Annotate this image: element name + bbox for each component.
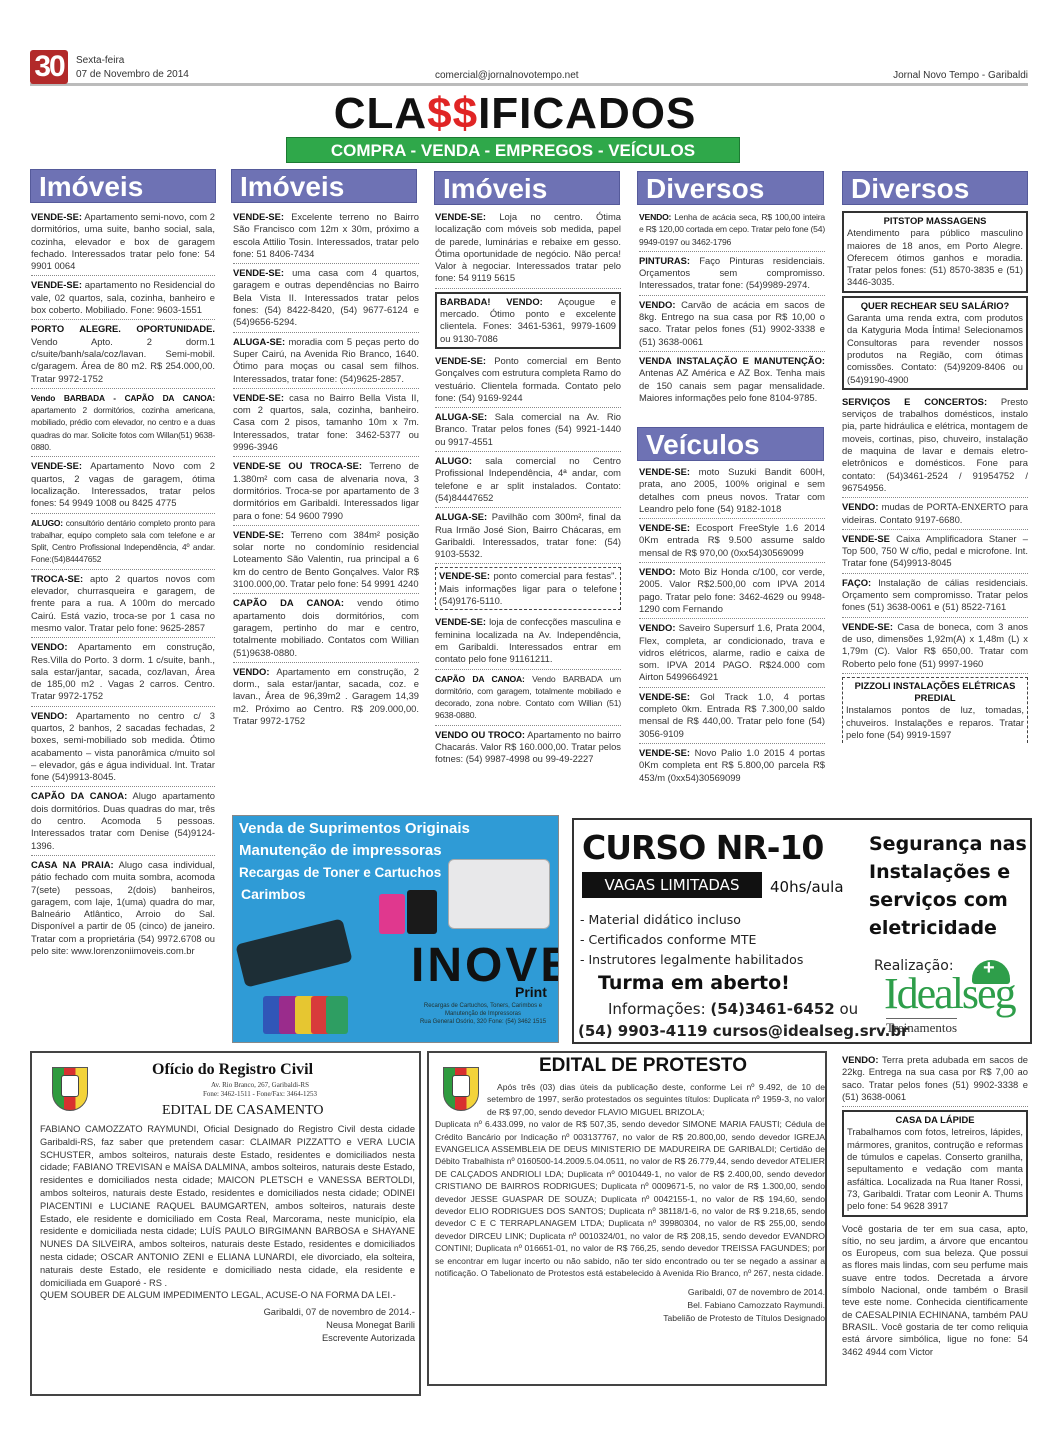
classified-ad: VENDO: Saveiro Supersurf 1.6, Prata 2004…	[639, 619, 825, 687]
inove-logo-sub: Print	[515, 984, 547, 1000]
classified-ad: ALUGO: consultório dentário completo pro…	[31, 514, 215, 570]
boxed-classified-ad: CASA DA LÁPIDETrabalhamos com fotos, let…	[842, 1110, 1028, 1216]
ad-headline: Segurança nas Instalações e serviços com…	[869, 830, 1029, 942]
vehicles-column: VENDE-SE: moto Suzuki Bandit 600H, prata…	[639, 463, 825, 787]
stamps-image	[263, 986, 348, 1034]
boxed-classified-ad: BARBADA! VENDO: Açougue e mercado. Ótimo…	[435, 292, 621, 349]
boxed-classified-ad: QUER RECHEAR SEU SALÁRIO?Garanta uma ren…	[842, 296, 1028, 390]
classified-ad: VENDE-SE: Ponto comercial em Bento Gonça…	[435, 352, 621, 408]
classifieds-column-2: VENDE-SE: Excelente terreno no Bairro Sã…	[233, 208, 419, 730]
classified-ad: ALUGA-SE: Sala comercial na Av. Rio Bran…	[435, 408, 621, 452]
notice-title: EDITAL DE PROTESTO	[539, 1055, 747, 1077]
classifieds-column-5: PITSTOP MASSAGENSAtendimento para públic…	[842, 208, 1028, 746]
classified-ad: VENDE-SE: moto Suzuki Bandit 600H, prata…	[639, 463, 825, 519]
classified-ad: VENDO: Terra preta adubada em sacos de 2…	[842, 1051, 1028, 1107]
limited-seats-badge: VAGAS LIMITADAS	[582, 872, 762, 898]
section-heading-imoveis: Imóveis	[434, 171, 620, 205]
printer-image	[448, 859, 550, 929]
page-title: CLA$$IFICADOS	[285, 88, 745, 140]
notice-body: FABIANO CAMOZZATO RAYMUNDI, Oficial Desi…	[40, 1123, 415, 1345]
classified-ad: VENDE-SE: Gol Track 1.0, 4 portas comple…	[639, 688, 825, 744]
dashed-classified-ad: PIZZOLI INSTALAÇÕES ELÉTRICAS PREDIALIns…	[842, 677, 1028, 743]
contact-email[interactable]: comercial@jornalnovotempo.net	[435, 70, 579, 81]
classified-ad: VENDE-SE: loja de confecções masculina e…	[435, 613, 621, 669]
notice-title: EDITAL DE CASAMENTO	[162, 1103, 323, 1119]
signature-block: Garibaldi, 07 de novembro de 2014. Bel. …	[435, 1286, 825, 1325]
classified-ad: VENDO: Apartamento no centro c/ 3 quarto…	[31, 707, 215, 788]
page-number: 30	[30, 50, 68, 84]
classified-ad: SERVIÇOS E CONCERTOS: Presto serviços de…	[842, 393, 1028, 498]
inove-print-advertisement: Venda de Suprimentos Originais Manutençã…	[232, 815, 559, 1043]
page-header: 30 Sexta-feira 07 de Novembro de 2014 co…	[30, 50, 1028, 86]
classified-ad: VENDE-SE Caixa Amplificadora Staner – To…	[842, 530, 1028, 574]
classified-ad: FAÇO: Instalação de cálias residenciais.…	[842, 574, 1028, 618]
section-heading-imoveis: Imóveis	[231, 169, 417, 203]
classifieds-column-4: VENDO: Lenha de acácia seca, R$ 100,00 i…	[639, 208, 825, 407]
notice-body: Após três (03) dias úteis da publicação …	[435, 1081, 825, 1325]
classified-ad: VENDE-SE: Casa de boneca, com 3 anos de …	[842, 618, 1028, 674]
toner-cartridge-image	[235, 918, 352, 987]
classified-ad: VENDO: mudas de PORTA-ENXERTO para videi…	[842, 498, 1028, 530]
boxed-classified-ad: PITSTOP MASSAGENSAtendimento para públic…	[842, 211, 1028, 293]
classified-ad: Vendo BARBADA - CAPÃO DA CANOA: apartame…	[31, 389, 215, 457]
dashed-classified-ad: VENDE-SE: ponto comercial para festas". …	[435, 567, 621, 610]
classified-ad: VENDE-SE: apartamento no Residencial do …	[31, 276, 215, 320]
classified-ad: VENDO: Moto Biz Honda c/100, cor verde, …	[639, 563, 825, 619]
classified-ad: VENDE-SE: Excelente terreno no Bairro Sã…	[233, 208, 419, 264]
classified-ad: VENDO OU TROCO: Apartamento no bairro Ch…	[435, 726, 621, 769]
ink-cartridge-image	[379, 894, 405, 934]
classified-ad: VENDE-SE: Apartamento Novo com 2 quartos…	[31, 457, 215, 513]
classified-ad: VENDO: Carvão de acácia em sacos de 8kg.…	[639, 296, 825, 352]
classified-ad: VENDE-SE: Loja no centro. Ótima localiza…	[435, 208, 621, 289]
idealseg-logo: Idealseg	[884, 970, 1015, 1018]
classified-ad: VENDE-SE OU TROCA-SE: Terreno de 1.380m²…	[233, 457, 419, 525]
classified-ad: VENDE-SE: Novo Palio 1.0 2015 4 portas 0…	[639, 744, 825, 787]
page-subtitle: COMPRA - VENDA - EMPREGOS - VEÍCULOS	[286, 137, 740, 163]
section-heading-diversos: Diversos	[637, 171, 824, 205]
classified-ad: VENDE-SE: uma casa com 4 quartos, garage…	[233, 264, 419, 332]
classified-ad: VENDE-SE: Ecosport FreeStyle 1.6 2014 0K…	[639, 519, 825, 563]
classified-ad: ALUGA-SE: Pavilhão com 300m², final da R…	[435, 508, 621, 564]
section-heading-imoveis: Imóveis	[30, 169, 216, 203]
signature-block: Garibaldi, 07 de novembro de 2014.- Neus…	[40, 1306, 415, 1345]
classified-ad: CAPÃO DA CANOA: vendo ótimo apartamento …	[233, 594, 419, 662]
classified-ad: VENDO: Lenha de acácia seca, R$ 100,00 i…	[639, 208, 825, 252]
section-heading-veiculos: Veículos	[637, 427, 824, 461]
classified-ad: Você gostaria de ter em sua casa, apto, …	[842, 1220, 1028, 1361]
classified-ad: VENDE-SE: Apartamento semi-novo, com 2 d…	[31, 208, 215, 276]
classifieds-column-5-bottom: VENDO: Terra preta adubada em sacos de 2…	[842, 1051, 1028, 1361]
classified-ad: CASA NA PRAIA: Alugo casa individual, pá…	[31, 856, 215, 960]
dollar-signs: $$	[427, 89, 478, 138]
classified-ad: ALUGA-SE: moradia com 5 peças perto do S…	[233, 333, 419, 389]
section-heading-diversos: Diversos	[842, 171, 1028, 205]
classified-ad: TROCA-SE: apto 2 quartos novos com eleva…	[31, 570, 215, 638]
edital-casamento-notice: Ofício do Registro Civil Av. Rio Branco,…	[30, 1051, 421, 1396]
registry-office-title: Ofício do Registro Civil	[152, 1061, 313, 1079]
issue-date: Sexta-feira 07 de Novembro de 2014	[76, 54, 189, 82]
coat-of-arms-icon	[44, 1061, 96, 1117]
classified-ad: VENDE-SE: Terreno com 384m² posição sola…	[233, 526, 419, 594]
classified-ad: CAPÃO DA CANOA: Alugo apartamento dois d…	[31, 787, 215, 855]
classified-ad: ALUGO: sala comercial no Centro Profissi…	[435, 452, 621, 508]
classified-ad: PORTO ALEGRE. OPORTUNIDADE. Vendo Apto. …	[31, 320, 215, 388]
classified-ad: VENDO: Apartamento em construção, Res.Vi…	[31, 638, 215, 706]
classified-ad: VENDO: Apartamento em construção, 2 dorm…	[233, 663, 419, 730]
newspaper-name: Jornal Novo Tempo - Garibaldi	[893, 70, 1028, 81]
curso-nr10-advertisement: CURSO NR-10 VAGAS LIMITADAS 40hs/aula - …	[572, 818, 1032, 1044]
classified-ad: CAPÃO DA CANOA: Vendo BARBADA um dormitó…	[435, 670, 621, 726]
course-title: CURSO NR-10	[582, 830, 823, 866]
classified-ad: PINTURAS: Faço Pinturas residenciais. Or…	[639, 252, 825, 296]
ink-cartridge-image	[407, 890, 437, 934]
classified-ad: VENDA INSTALAÇÃO E MANUTENÇÃO: Antenas A…	[639, 352, 825, 407]
classified-ad: VENDE-SE: casa no Bairro Bella Vista II,…	[233, 389, 419, 457]
classifieds-column-1: VENDE-SE: Apartamento semi-novo, com 2 d…	[31, 208, 215, 960]
classifieds-column-3: VENDE-SE: Loja no centro. Ótima localiza…	[435, 208, 621, 769]
edital-protesto-notice: EDITAL DE PROTESTO Após três (03) dias ú…	[427, 1051, 827, 1386]
